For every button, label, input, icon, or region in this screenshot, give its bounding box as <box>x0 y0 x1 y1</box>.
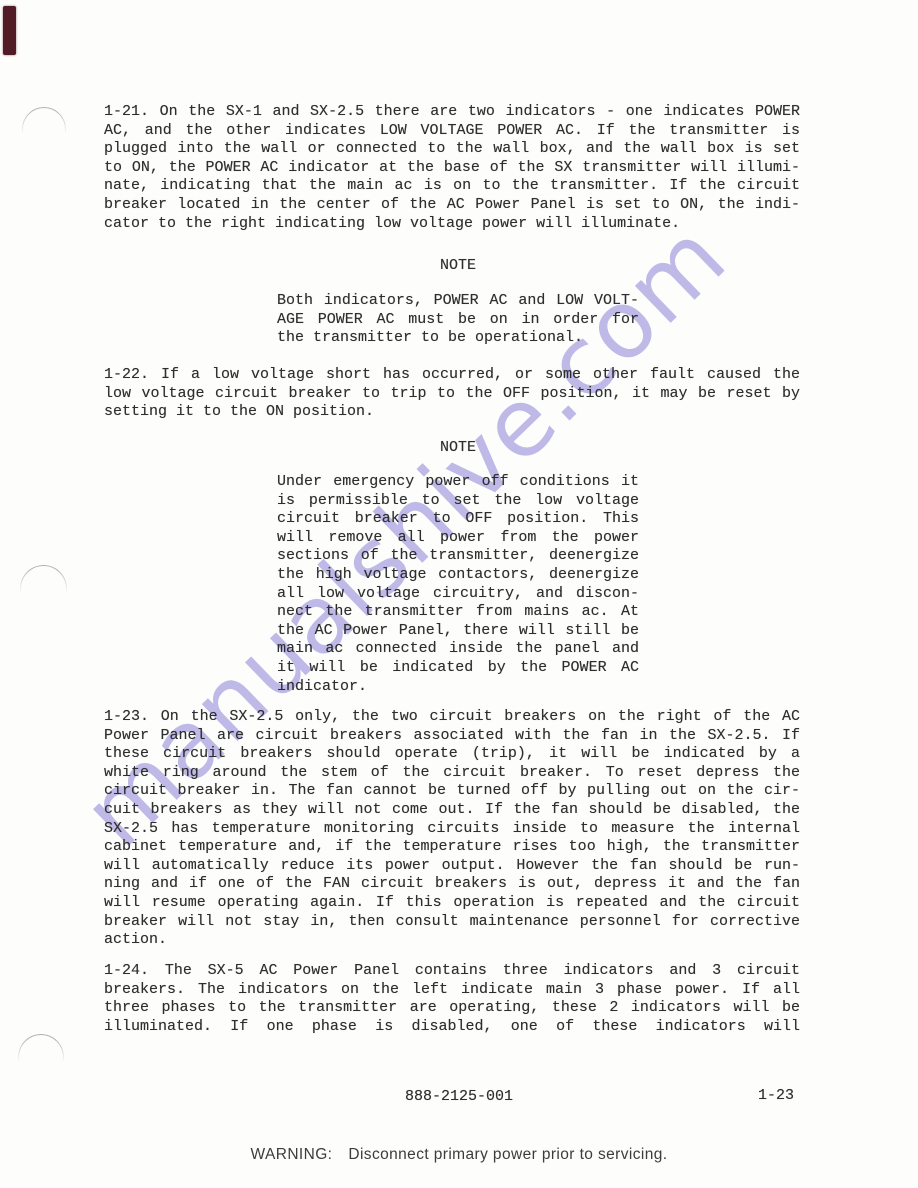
note-heading: NOTE <box>277 439 639 458</box>
paragraph-1-23: 1-23. On the SX-2.5 only, the two circui… <box>104 708 800 950</box>
warning-text: Disconnect primary power prior to servic… <box>348 1146 667 1163</box>
binder-hole-mark <box>18 1034 64 1080</box>
note-heading: NOTE <box>277 257 639 276</box>
manual-page: manualshive.com 1-21. On the SX-1 and SX… <box>0 0 918 1188</box>
paragraph-1-24: 1-24. The SX-5 AC Power Panel contains t… <box>104 962 800 1036</box>
note-body: Both indicators, POWER AC and LOW VOLT-A… <box>277 292 639 348</box>
binder-hole-mark <box>20 565 67 612</box>
footer-page-number: 1-23 <box>758 1087 794 1106</box>
scan-edge-artifact <box>3 6 16 55</box>
note-body: Under emergency power off conditions iti… <box>277 473 639 696</box>
paragraph-1-22: 1-22. If a low voltage short has occurre… <box>104 366 800 422</box>
binder-hole-mark <box>22 107 66 151</box>
footer-warning: WARNING:Disconnect primary power prior t… <box>0 1146 918 1164</box>
paragraph-1-21: 1-21. On the SX-1 and SX-2.5 there are t… <box>104 103 800 233</box>
warning-label: WARNING: <box>251 1146 333 1163</box>
